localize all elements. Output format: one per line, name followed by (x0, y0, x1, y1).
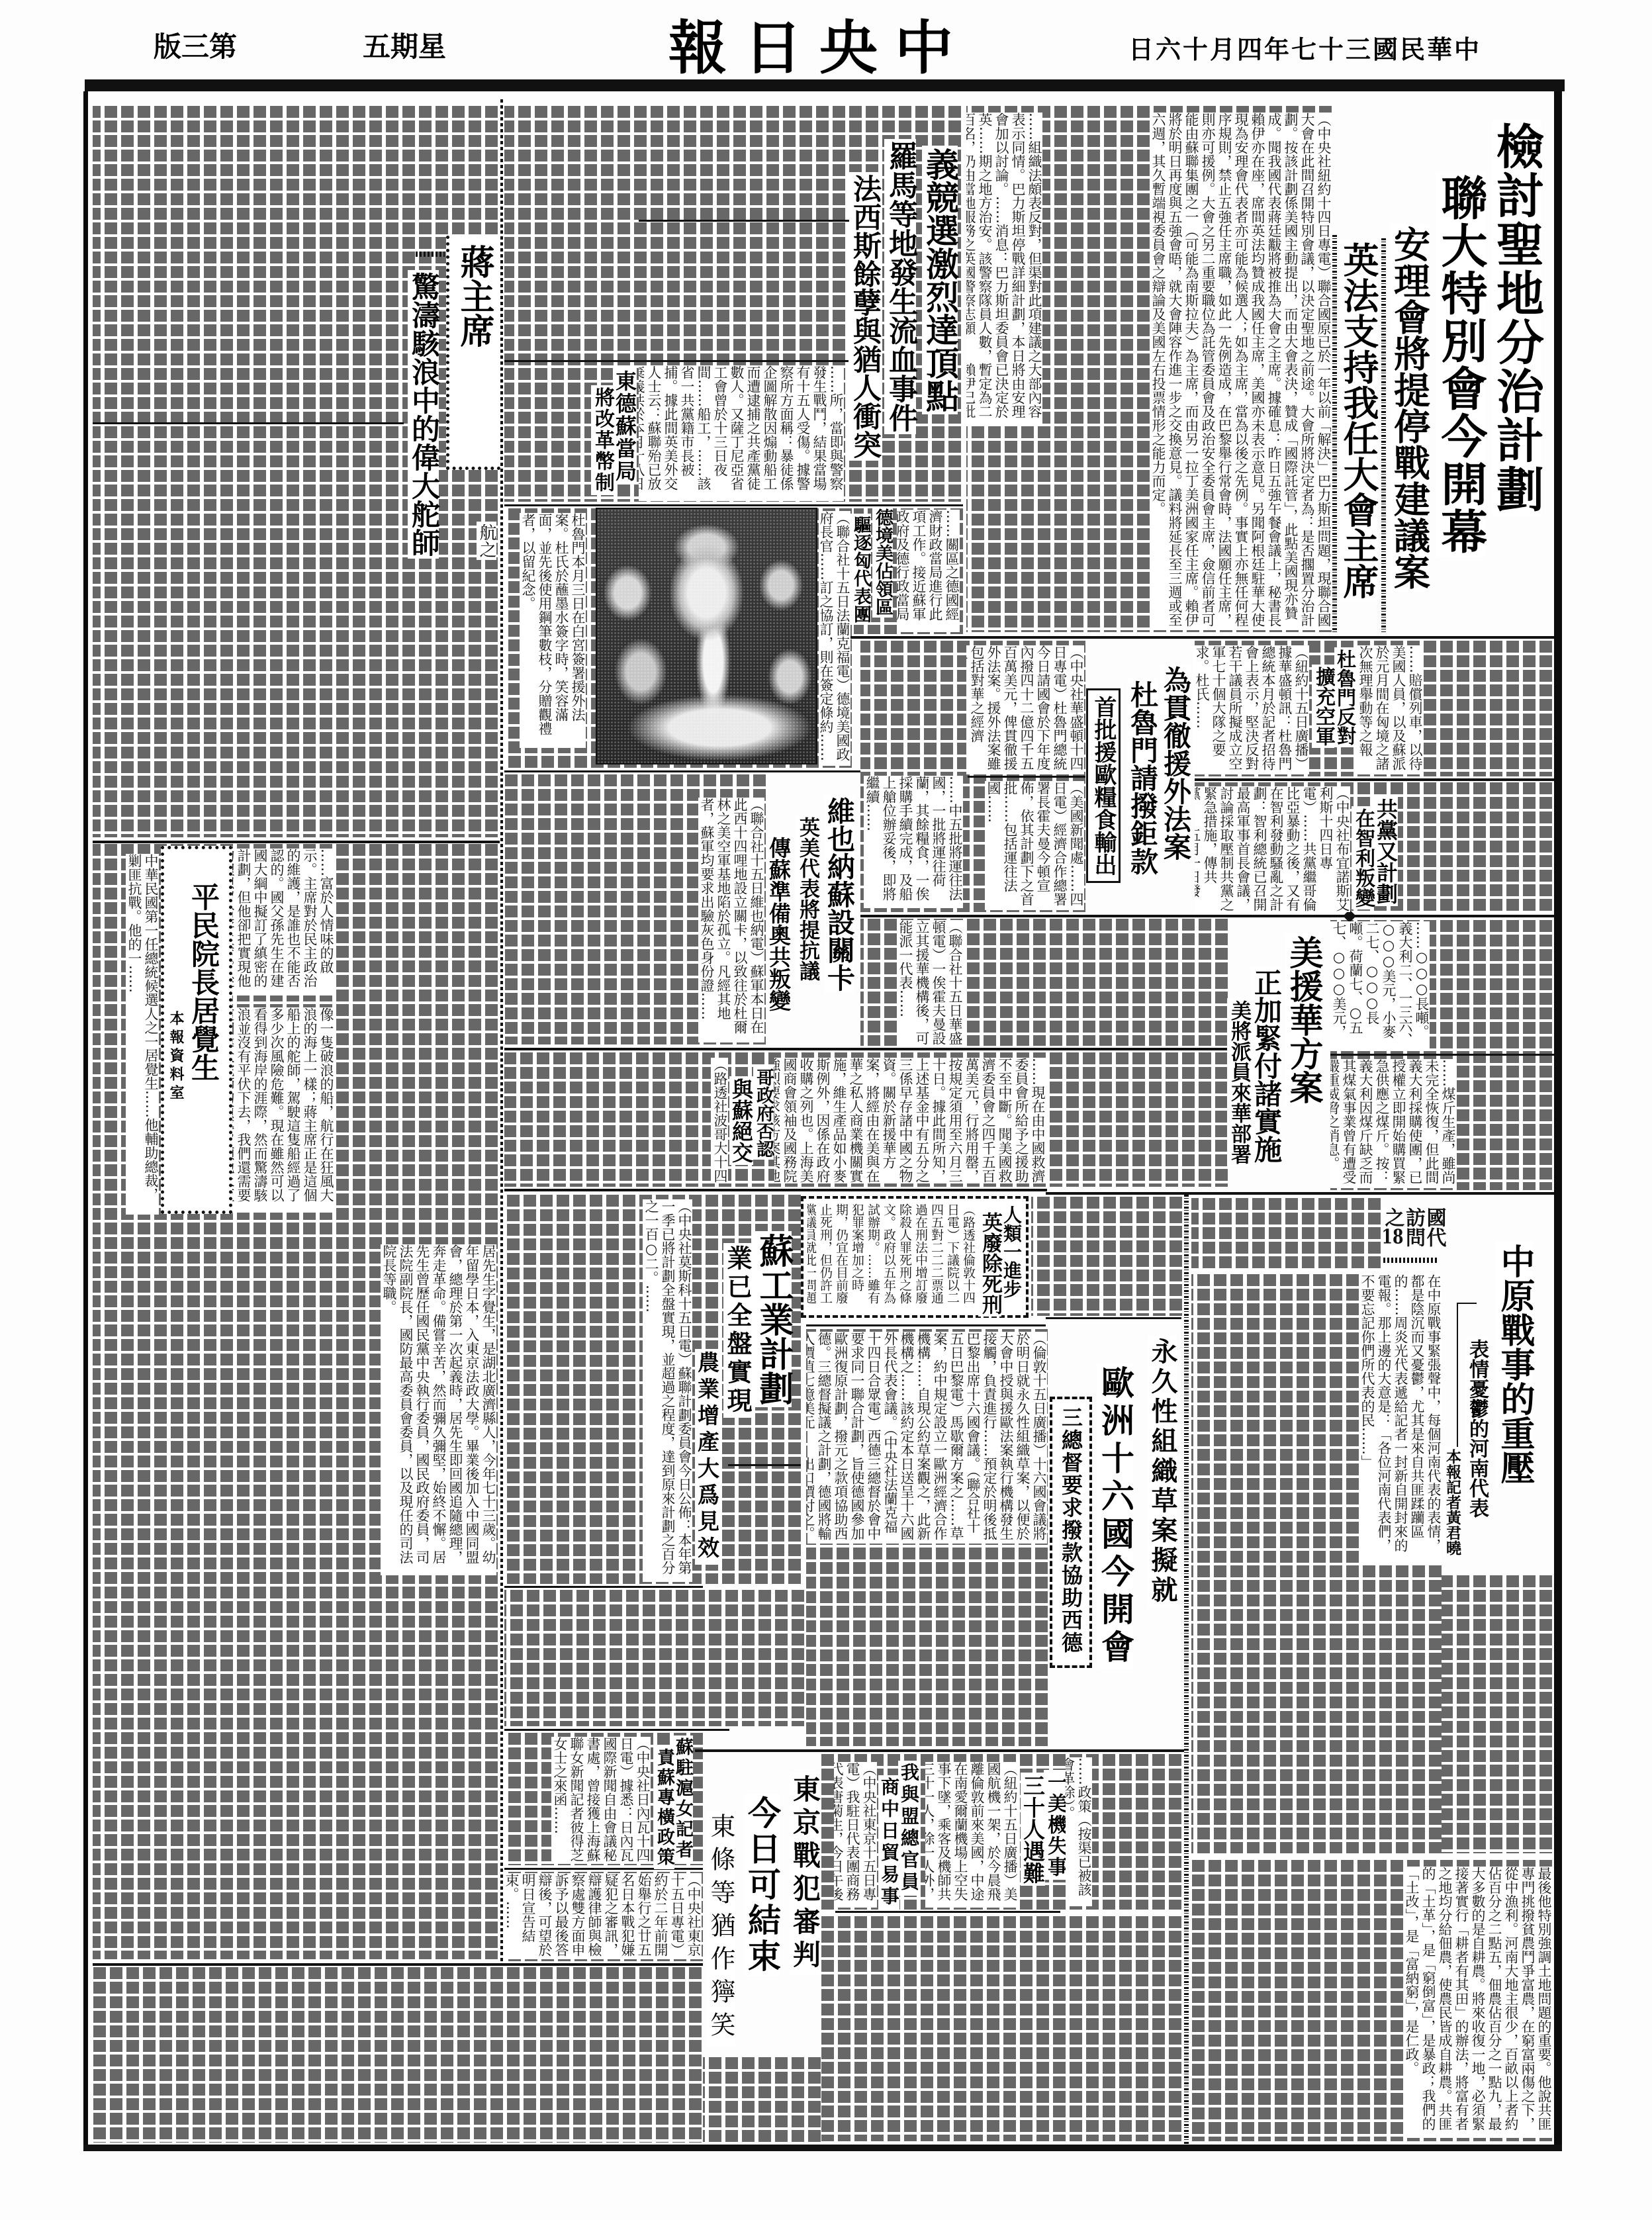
section-rule (821, 636, 1554, 639)
series-ornament (1383, 1258, 1439, 1263)
article-body-colombia: （路透社波哥大十四日電）…… (711, 1058, 728, 1183)
headline-truman-aid-1: 為貫徹援外法案 (1160, 664, 1191, 862)
headline-tokyo-trial-3: 東條等猶作獰笑 (707, 1811, 735, 2047)
headline-germany-us-zone-2: 驅逐匈代表團 (850, 514, 871, 625)
reporter-byline: 本報記者黃君曉 (1443, 1447, 1461, 1557)
headline-vienna: 維也納蘇設關卡 (824, 795, 854, 994)
article-body-holy-land-continued: ……組織法頗表反對，但渠對此項建議之大部內容表示同情。巴力斯坦停戰詳細計劃，本日… (966, 113, 1042, 424)
headline-us-aid-china: 美援華方案 (1285, 933, 1321, 1106)
headline-chiang: 蔣主席 (455, 242, 492, 349)
headline-colombia-2: 與蘇絕交 (729, 1076, 753, 1165)
headline-trade: 我與盟總官員 (898, 1761, 919, 1896)
article-body-tokyo-trial: （中央社東京十五日專電）約於二年前開始舉行之廿五名日本戰犯嫌疑犯之審訊，辯護律師… (504, 1873, 702, 1959)
article-body-truman-aid-2: （美國新聞處……四日電）經濟合作總署署長霍夫曼今頓宣佈，依其計劃下之首批……包括… (985, 781, 1084, 910)
article-body-chiang: ……富於人情味的啟示。主席對於民主政治的維護，是誰也不能否認的。國父孫先生在建國… (225, 849, 334, 995)
headline-soviet-reporter-2: 責蘇專橫政策 (654, 1746, 674, 1869)
article-body-germany-us-zone: （聯合社十五日法蘭克福電）德境美國政府長官……訂之協訂，則在簽定條約…… (819, 511, 850, 766)
article-body-east-germany: ……關區之德國經濟財政當局進行此項工作。接近蘇軍政府及德行政當局之人士稱：東德之… (897, 510, 960, 632)
article-body-truman-aid-3: ……中五批將運往法國，一批將運往荷蘭，其餘糧食，一俟採購手續完成，及船上艙位辦妥… (864, 776, 963, 908)
photo-truman-signing (596, 508, 817, 764)
article-body-trade: （中央社東京十五日專電）我駐日代表團商務代表唐菊生，今日午後訪問…… (834, 1762, 877, 1908)
headline-uk-1: 人類一進步 (1001, 1203, 1022, 1300)
article-body-plane-crash: （紐約十五日廣播）美國航機一架，於今晨飛離倫敦前來美國，中途在南愛爾蘭機場上空失… (925, 1762, 1018, 1908)
article-body-air-force: （紐約十五日廣播）據華盛頓訊：杜魯門總統本月於記者招待會上表示，堅決反對若干議員… (1193, 645, 1309, 774)
article-body-germany-us-zone-end: ……賠償列車，以待美國人員，以及蘇派於元月間在匈境之諸次無理舉動等之報復。 (1357, 645, 1423, 774)
subhead-europe-16: 三總督要求撥款協助西德 (1059, 1405, 1083, 1656)
headline-air-force-2: 擴充空軍 (1312, 665, 1334, 748)
section-rule (695, 1749, 1185, 1752)
section-rule (504, 770, 860, 772)
headline-chile-2: 在智利叛變 (1352, 806, 1374, 909)
headline-trade-2: 商中日貿易事 (878, 1775, 899, 1910)
article-body-us-aid-china: （聯合社十五日華盛頓電）一俟霍夫曼設立其援華機構後，可能派一代表…… (897, 920, 963, 1046)
headline-italy-main: 義競選激烈達頂點 (922, 146, 958, 414)
headline-holy-land-main: 檢討聖地分治計劃 (1491, 120, 1541, 516)
headline-soviet-industry: 蘇工業計劃 (755, 1231, 792, 1407)
section-rule (968, 776, 1085, 778)
bracket-line (1457, 1303, 1477, 1304)
article-body-uk-death-penalty: （路透社倫敦十四日電）下議院以二四五對二二二票通過在刑法中增訂廢除殺人罪死刑之條… (807, 1203, 976, 1313)
section-rule (1046, 1192, 1554, 1195)
article-body-italy: ……所，當即與警察發生戰鬥，結果當場有十五人受傷。據警察所方面稱：暴徒係企圖解散… (639, 365, 844, 501)
edition-label: 第三版 (154, 33, 237, 61)
section-rule (93, 841, 500, 843)
article-body-chile: （中央社布宜諾斯艾利斯十四日專電）……共黨繼哥倫比亞暴動之後，又有在智利發動騷亂… (1195, 786, 1350, 912)
article-body-henan: 在中原戰事緊張聲中，每個河南代表的表情，都是陰沉而又憂鬱，尤其是來自共匪蹂躪區的… (1359, 1274, 1442, 1565)
headline-germany-us-zone-1: 德境美佔領區 (872, 506, 893, 618)
issue-date: 中華民國三十七年四月十六日 (1128, 37, 1481, 62)
headline-holy-land-2: 聯大特別會今開幕 (1436, 172, 1485, 557)
right-border (1554, 91, 1562, 2151)
headline-holy-land-3: 安理會將提停戰建議案 (1390, 224, 1429, 592)
series-number: 18 (1381, 1227, 1404, 1247)
subhead-food-shipment: 首批援歐糧食輸出 (1086, 688, 1121, 883)
section-rule (504, 360, 849, 362)
headline-europe-16-2: 歐洲十六國今開會 (1097, 1364, 1133, 1669)
text-columns (93, 1967, 702, 2143)
title-ornament (416, 252, 445, 257)
article-body-holy-land: （中央社紐約十四日專電）聯合國原已於一年以前「解決」巴力斯坦問題，現聯合國大會在… (1150, 113, 1332, 629)
aid-figures: ……○○○長噸。義大利二、一三六、○○○美元，小麥二七、○○○長噸。荷蘭七、○五… (1330, 921, 1430, 1050)
article-body-henan-2: 最後他特別強調土地問題的重要。他說共匪專門挑撥貧農鬥爭富農，在窮富兩傷之下，從中… (1403, 1867, 1552, 2138)
wavy-divider (1184, 1195, 1189, 2145)
newspaper-page: 第三版 星期五 中央日報 中華民國三十七年四月十六日 (0, 0, 1652, 2220)
section-rule (728, 1464, 801, 1466)
headline-soviet-industry-2: 業已全盤實現 (723, 1243, 751, 1418)
headline-vienna-3: 傳蘇準備奧共叛變 (766, 835, 791, 1013)
headline-plane-crash: 一美機失事 (1044, 1770, 1066, 1880)
section-rule (504, 1048, 1228, 1050)
subhead-soviet-agriculture: 農業增產大爲見效 (695, 1349, 719, 1565)
section-rule (1046, 1317, 1181, 1319)
headline-chile-1: 共黨又計劃 (1374, 796, 1398, 906)
masthead-title: 中央日報 (668, 19, 970, 77)
wavy-divider (1381, 238, 1386, 632)
text-columns (703, 2057, 821, 2142)
article-body-vienna: （聯合社十五日維也納電）蘇軍本日在此西十四哩地設立關卡，以致往於杜爾林之美空軍基… (698, 798, 764, 1042)
article-body-soviet-reporter-end: ……政策（按渠已被該會革除）。 (1066, 1757, 1092, 1906)
headline-soviet-reporter: 蘇駐滬女記者 (672, 1735, 693, 1863)
section-rule (835, 1911, 1060, 1913)
bottom-border (83, 2145, 1562, 2151)
left-border (83, 91, 88, 2151)
section-rule (504, 1729, 729, 1731)
bracket-line (1457, 1303, 1458, 1450)
section-rule (93, 1963, 703, 1966)
subhead-henan: 表情憂鬱的河南代表 (1465, 1337, 1488, 1520)
section-rule (1330, 1054, 1554, 1056)
section-rule (504, 1586, 703, 1588)
text-columns (821, 1916, 1181, 2141)
column-divider (500, 99, 503, 1963)
article-body-ju-zheng: 中華民國第一任總統候選人之一居覺生……他輔助總裁，剿匪抗戰。他的一…… (126, 854, 159, 1215)
text-columns (1442, 1575, 1552, 1853)
headline-italy-3: 法西斯餘孽與猶人衝突 (849, 172, 880, 461)
section-rule (1195, 778, 1554, 781)
headline-europe-16-1: 永久性組織草案擬就 (1148, 1336, 1177, 1608)
headline-uk-2: 英廢除死刑 (978, 1210, 1001, 1317)
headline-vienna-2: 英美代表將提抗議 (796, 815, 819, 983)
headline-colombia-1: 哥政府否認 (753, 1066, 774, 1160)
article-body-truman-aid: （中央社華盛頓十四日專電）杜魯門總統今日請國會於下年度內撥四十二億四千五百萬美元… (966, 645, 1084, 774)
text-columns (1191, 1198, 1381, 1271)
section-rule (639, 220, 849, 222)
headline-henan: 中原戰事的重壓 (1496, 1242, 1533, 1487)
masthead-rule (85, 79, 1565, 91)
wavy-divider (1332, 235, 1337, 632)
source-byline: 本報資料室 (167, 1009, 184, 1105)
article-body-soviet-reporter: （中央社日內瓦十四日電）據悉：日內瓦國際新聞自由會議秘書處，曾接獲上海蘇聯女新聞… (551, 1737, 651, 1864)
headline-tokyo-trial: 東京戰犯審判 (790, 1773, 820, 1975)
headline-tokyo-trial-2: 今日可結束 (744, 1794, 780, 1976)
text-columns (504, 1590, 804, 1726)
article-body-us-aid-china-2: ……現在由中國救濟委員會所給予之援助不至中斷。聞美國救濟委員會之四千五百萬美元，… (774, 1058, 1046, 1183)
section-rule (806, 1324, 1046, 1326)
series-label: 國代訪問之18 (1382, 1207, 1445, 1250)
section-rule (860, 915, 1554, 917)
headline-ju-zheng: 平民院長居覺生 (187, 880, 218, 1084)
headline-chiang-sub: 驚濤駭浪中的偉大舵師 (408, 270, 439, 559)
headline-east-germany-1: 東德蘇當局 (613, 368, 637, 485)
text-columns (1031, 1197, 1182, 1316)
headline-plane-crash-2: 三十人遇難 (1021, 1773, 1045, 1886)
headline-air-force-1: 杜魯門反對 (1334, 647, 1356, 747)
article-body-ju-zheng-2: 居先生字覺生，是湖北廣濟縣人，今年七十三歲。幼年留學日本，入東京法政大學。畢業後… (381, 1244, 496, 1575)
section-rule (93, 422, 404, 424)
headline-us-aid-china-2: 正加緊付諸實施 (1251, 966, 1281, 1165)
section-rule (504, 504, 963, 506)
article-body-europe-16: （倫敦十五日廣播）十六國會議將於明日就永久性組織草案，以便於大會中授與援歐法案執… (807, 1332, 1047, 1544)
headline-us-aid-china-3: 美將派員來華部署 (1227, 998, 1250, 1166)
weekday-label: 星期五 (363, 33, 446, 61)
headline-east-germany-2: 將改革幣制 (591, 385, 614, 495)
article-body-soviet-industry: （中央社莫斯科十五日電）蘇聯計劃委員會今日公佈：本年第一季已將計劃全盤實現，並超… (643, 1199, 692, 1582)
section-rule (504, 1189, 1047, 1191)
author-byline: 航之 (477, 522, 496, 560)
headline-truman-aid-2: 杜魯門請撥鉅款 (1127, 678, 1158, 877)
headline-holy-land-4: 英法支持我任大會主席 (1340, 240, 1378, 601)
article-body-chiang-2: 像一隻破浪的船，航行在狂風大浪的海上一樣；蔣主席正是這個船上的舵師，駕駛這隻船經… (225, 1007, 334, 1213)
headline-italy-2: 羅馬等地發生流血事件 (884, 139, 916, 434)
photo-caption: 杜魯門本月三日在白宮簽署援外法案。杜氏於蘸墨水簽字時，笑容滿面，並先後使用鋼筆數… (520, 513, 586, 748)
article-body-italy-coal: ……煤斤生產，雖尚未完全恢復，但此間義大利採購使團，已授權立即開始購買緊急供應之… (1330, 1059, 1456, 1188)
